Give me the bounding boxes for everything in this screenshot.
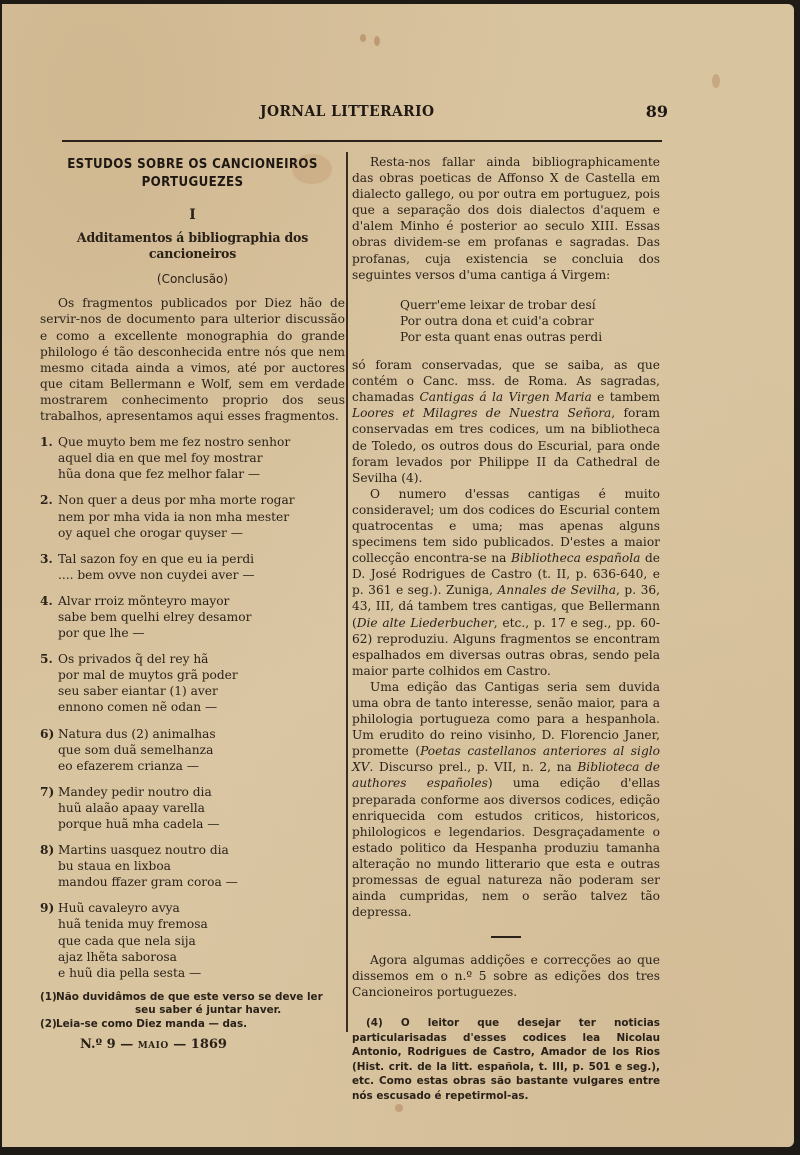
issue-number: N.º 9: [80, 1037, 116, 1052]
italic-title: Cantigas á la Virgen Maria: [419, 390, 591, 404]
poem-stanza: 3.Tal sazon foy en que eu ia perdi.... b…: [40, 551, 345, 583]
footnote-text: Leia-se como Diez manda — das.: [56, 1018, 247, 1032]
stanza-lines: Alvar rroiz mõnteyro mayorsabe bem quelh…: [58, 593, 251, 641]
text: . Discurso prel., p. VII, n. 2, na: [369, 760, 577, 774]
paragraph-affonso: Resta-nos fallar ainda bibliographicamen…: [352, 154, 660, 283]
stain: [360, 34, 366, 42]
poem-line: .... bem ovve non cuydei aver —: [58, 567, 255, 583]
paragraph-edicao: Uma edição das Cantigas seria sem duvida…: [352, 679, 660, 920]
issue-year: 1869: [191, 1037, 227, 1052]
verse-line: Por outra dona et cuid'a cobrar: [400, 313, 660, 329]
poem-stanza: 8)Martins uasquez noutro diabu staua en …: [40, 842, 345, 890]
poem-line: Mandey pedir noutro dia: [58, 784, 219, 800]
stain: [712, 74, 720, 88]
poem-line: oy aquel che orogar quyser —: [58, 525, 295, 541]
footnote-mark: (2): [40, 1018, 56, 1032]
poem-line: e huũ dia pella sesta —: [58, 965, 208, 981]
stain: [374, 36, 380, 46]
poem-line: huã tenida muy fremosa: [58, 916, 208, 932]
poem-stanza: 5.Os privados q̃ del rey hãpor mal de mu…: [40, 651, 345, 715]
poem-line: Os privados q̃ del rey hã: [58, 651, 238, 667]
poem-line: ennono comen nẽ odan —: [58, 699, 238, 715]
poem-line: Tal sazon foy en que eu ia perdi: [58, 551, 255, 567]
stanza-lines: Tal sazon foy en que eu ia perdi.... bem…: [58, 551, 255, 583]
text: e tambem: [592, 390, 660, 404]
column-divider: [346, 152, 348, 1032]
stanza-number: 4.: [40, 593, 58, 641]
poem-fragments: 1.Que muyto bem me fez nostro senhoraque…: [40, 434, 345, 981]
stanza-number: 7): [40, 784, 58, 832]
poem-stanza: 4.Alvar rroiz mõnteyro mayorsabe bem que…: [40, 593, 345, 641]
poem-line: Huũ cavaleyro avya: [58, 900, 208, 916]
issue-month: MAIO: [138, 1041, 169, 1051]
stanza-number: 6): [40, 726, 58, 774]
section-number: I: [40, 207, 345, 223]
footnote-4: (4) O leitor que desejar ter noticias pa…: [352, 1016, 660, 1103]
poem-line: hũa dona que fez melhor falar —: [58, 466, 290, 482]
poem-line: por que lhe —: [58, 625, 251, 641]
article-title: ESTUDOS SOBRE OS CANCIONEIROS PORTUGUEZE…: [58, 155, 326, 191]
stanza-lines: Natura dus (2) animalhasque som duã seme…: [58, 726, 216, 774]
intro-paragraph: Os fragmentos publicados por Diez hão de…: [40, 295, 345, 424]
poem-line: Natura dus (2) animalhas: [58, 726, 216, 742]
paragraph-numero: O numero d'essas cantigas é muito consid…: [352, 486, 660, 679]
poem-line: eo efazerem crianza —: [58, 758, 216, 774]
journal-title: JORNAL LITTERARIO: [260, 102, 435, 120]
article-subtitle: Additamentos á bibliographia dos cancion…: [43, 231, 342, 263]
poem-line: huũ alaão apaay varella: [58, 800, 219, 816]
verse-line: Por esta quant enas outras perdi: [400, 329, 660, 345]
italic-title: Loores et Milagres de Nuestra Señora: [352, 406, 611, 420]
header-rule: [62, 140, 662, 142]
continuation-label: (Conclusão): [40, 271, 345, 287]
poem-line: Que muyto bem me fez nostro senhor: [58, 434, 290, 450]
section-separator: [491, 936, 521, 938]
poem-stanza: 9)Huũ cavaleyro avyahuã tenida muy fremo…: [40, 900, 345, 980]
stanza-lines: Martins uasquez noutro diabu staua en li…: [58, 842, 238, 890]
italic-title: Die alte Liederbucher: [357, 616, 494, 630]
verse-line: Querr'eme leixar de trobar desí: [400, 297, 660, 313]
italic-title: Annales de Sevilha: [497, 583, 616, 597]
stanza-number: 9): [40, 900, 58, 980]
stanza-lines: Huũ cavaleyro avyahuã tenida muy fremosa…: [58, 900, 208, 980]
footnote-continuation: seu saber é juntar haver.: [40, 1004, 345, 1018]
stanza-number: 5.: [40, 651, 58, 715]
poem-stanza: 1.Que muyto bem me fez nostro senhoraque…: [40, 434, 345, 482]
stanza-number: 3.: [40, 551, 58, 583]
stanza-lines: Os privados q̃ del rey hãpor mal de muyt…: [58, 651, 238, 715]
paragraph-addicoes: Agora algumas addições e correcções ao q…: [352, 952, 660, 1000]
poem-line: ajaz lhẽta saborosa: [58, 949, 208, 965]
issue-line: N.º 9 — MAIO — 1869: [40, 1037, 345, 1054]
stanza-lines: Que muyto bem me fez nostro senhoraquel …: [58, 434, 290, 482]
poem-line: mandou ffazer gram coroa —: [58, 874, 238, 890]
cantiga-verse: Querr'eme leixar de trobar desí Por outr…: [352, 297, 660, 345]
poem-line: Non quer a deus por mha morte rogar: [58, 492, 295, 508]
poem-stanza: 7)Mandey pedir noutro diahuũ alaão apaay…: [40, 784, 345, 832]
poem-line: Martins uasquez noutro dia: [58, 842, 238, 858]
poem-line: porque huã mha cadela —: [58, 816, 219, 832]
footnote-mark: (1): [40, 991, 56, 1005]
poem-stanza: 6)Natura dus (2) animalhasque som duã se…: [40, 726, 345, 774]
footnote-1: (1) Não duvidâmos de que este verso se d…: [40, 991, 345, 1005]
article-title-line2: PORTUGUEZES: [58, 173, 326, 191]
poem-line: aquel dia en que mel foy mostrar: [58, 450, 290, 466]
footnote-text: Não duvidâmos de que este verso se deve …: [56, 991, 323, 1005]
stanza-lines: Non quer a deus por mha morte rogarnem p…: [58, 492, 295, 540]
left-column: ESTUDOS SOBRE OS CANCIONEIROS PORTUGUEZE…: [40, 155, 345, 1054]
footnotes: (1) Não duvidâmos de que este verso se d…: [40, 991, 345, 1032]
stanza-number: 8): [40, 842, 58, 890]
text: ) uma edição d'ellas preparada conforme …: [352, 776, 660, 919]
stanza-lines: Mandey pedir noutro diahuũ alaão apaay v…: [58, 784, 219, 832]
poem-line: nem por mha vida ia non mha mester: [58, 509, 295, 525]
page-header: JORNAL LITTERARIO 89: [60, 102, 680, 126]
page-number: 89: [646, 102, 668, 121]
poem-line: que cada que nela sija: [58, 933, 208, 949]
article-title-line1: ESTUDOS SOBRE OS CANCIONEIROS: [58, 155, 326, 173]
poem-line: sabe bem quelhi elrey desamor: [58, 609, 251, 625]
footnote-2: (2) Leia-se como Diez manda — das.: [40, 1018, 345, 1032]
poem-line: que som duã semelhanza: [58, 742, 216, 758]
poem-line: Alvar rroiz mõnteyro mayor: [58, 593, 251, 609]
stanza-number: 1.: [40, 434, 58, 482]
stain: [395, 1104, 403, 1112]
italic-title: Bibliotheca española: [511, 551, 640, 565]
poem-stanza: 2.Non quer a deus por mha morte rogarnem…: [40, 492, 345, 540]
poem-line: por mal de muytos grã poder: [58, 667, 238, 683]
right-column: Resta-nos fallar ainda bibliographicamen…: [352, 154, 660, 1103]
poem-line: seu saber eiantar (1) aver: [58, 683, 238, 699]
paragraph-conservadas: só foram conservadas, que se saiba, as q…: [352, 357, 660, 486]
poem-line: bu staua en lixboa: [58, 858, 238, 874]
stanza-number: 2.: [40, 492, 58, 540]
